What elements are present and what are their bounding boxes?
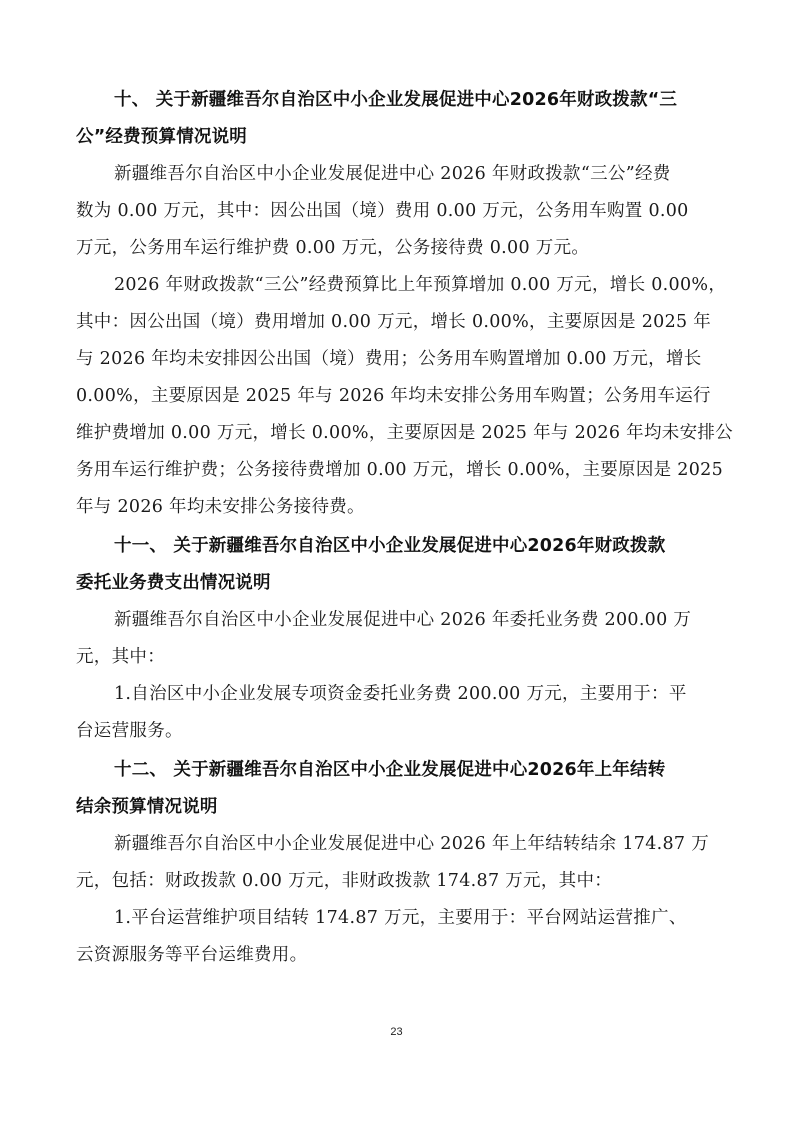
- section-10-heading-line-2: 公”经费预算情况说明: [76, 125, 247, 149]
- section-10-para-1-line-2: 数为 0.00 万元，其中：因公出国（境）费用 0.00 万元，公务用车购置 0…: [76, 199, 689, 223]
- section-11-heading-line-2: 委托业务费支出情况说明: [76, 571, 271, 595]
- section-10-para-2-line-5: 维护费增加 0.00 万元，增长 0.00%，主要原因是 2025 年与 202…: [76, 421, 733, 445]
- section-11-heading-line-1: 十一、 关于新疆维吾尔自治区中小企业发展促进中心2026年财政拨款: [114, 534, 665, 558]
- section-10-para-2-line-1: 2026 年财政拨款“三公”经费预算比上年预算增加 0.00 万元，增长 0.0…: [114, 273, 726, 297]
- section-10-para-2-line-7: 年与 2026 年均未安排公务接待费。: [76, 495, 365, 519]
- section-10-para-1-line-3: 万元，公务用车运行维护费 0.00 万元，公务接待费 0.00 万元。: [76, 236, 589, 260]
- section-10-heading-line-1: 十、 关于新疆维吾尔自治区中小企业发展促进中心2026年财政拨款“三: [114, 88, 677, 112]
- section-11-para-2-line-2: 台运营服务。: [76, 719, 183, 743]
- section-12-para-1-line-2: 元，包括：财政拨款 0.00 万元，非财政拨款 174.87 万元，其中：: [76, 869, 612, 893]
- section-12-para-1-line-1: 新疆维吾尔自治区中小企业发展促进中心 2026 年上年结转结余 174.87 万: [114, 832, 709, 856]
- section-11-para-1-line-2: 元，其中：: [76, 645, 165, 669]
- section-10-para-2-line-2: 其中：因公出国（境）费用增加 0.00 万元，增长 0.00%，主要原因是 20…: [76, 310, 711, 334]
- section-10-para-2-line-3: 与 2026 年均未安排因公出国（境）费用；公务用车购置增加 0.00 万元，增…: [76, 347, 702, 371]
- section-11-para-1-line-1: 新疆维吾尔自治区中小企业发展促进中心 2026 年委托业务费 200.00 万: [114, 608, 691, 632]
- section-10-para-2-line-4: 0.00%，主要原因是 2025 年与 2026 年均未安排公务用车购置；公务用…: [76, 384, 711, 408]
- section-12-heading-line-1: 十二、 关于新疆维吾尔自治区中小企业发展促进中心2026年上年结转: [114, 758, 665, 782]
- section-12-heading-line-2: 结余预算情况说明: [76, 795, 218, 819]
- section-10-para-2-line-6: 务用车运行维护费；公务接待费增加 0.00 万元，增长 0.00%，主要原因是 …: [76, 458, 723, 482]
- section-12-para-2-line-1: 1.平台运营维护项目结转 174.87 万元，主要用于：平台网站运营推广、: [114, 906, 687, 930]
- section-12-para-2-line-2: 云资源服务等平台运维费用。: [76, 943, 307, 967]
- page-number: 23: [0, 1026, 793, 1038]
- section-11-para-2-line-1: 1.自治区中小企业发展专项资金委托业务费 200.00 万元，主要用于：平: [114, 682, 687, 706]
- section-10-para-1-line-1: 新疆维吾尔自治区中小企业发展促进中心 2026 年财政拨款“三公”经费: [114, 162, 671, 186]
